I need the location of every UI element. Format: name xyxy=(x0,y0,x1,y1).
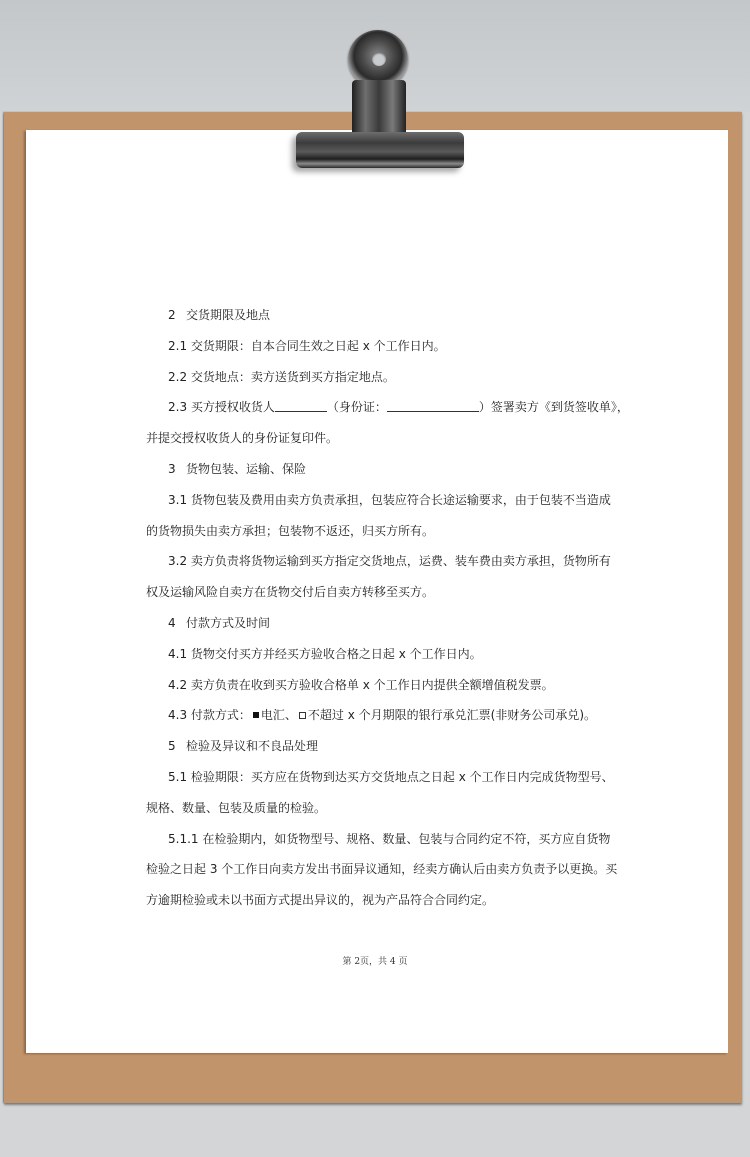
clause-3-2-cont: 权及运输风险自卖方在货物交付后自卖方转移至买方。 xyxy=(146,577,608,608)
clause-3-2: 3.2 卖方负责将货物运输到买方指定交货地点，运费、装车费由卖方承担，货物所有 xyxy=(146,546,608,577)
clip-hole xyxy=(372,52,386,66)
clause-text: （身份证： xyxy=(327,400,387,414)
clause-5-1: 5.1 检验期限：买方应在货物到达买方交货地点之日起 x 个工作日内完成货物型号… xyxy=(146,762,608,793)
clause-5-1-1-cont-2: 方逾期检验或未以书面方式提出异议的，视为产品符合合同约定。 xyxy=(146,885,608,916)
checkbox-checked-icon[interactable] xyxy=(253,712,259,718)
recipient-name-blank[interactable] xyxy=(275,399,327,412)
section-number: 2 xyxy=(168,300,186,331)
clause-4-3: 4.3 付款方式：电汇、不超过 x 个月期限的银行承兑汇票(非财务公司承兑)。 xyxy=(146,700,608,731)
section-heading-5: 5检验及异议和不良品处理 xyxy=(146,731,608,762)
binder-clip-icon xyxy=(296,24,464,170)
payment-option-draft: 不超过 x 个月期限的银行承兑汇票(非财务公司承兑)。 xyxy=(308,708,596,722)
clause-2-3: 2.3 买方授权收货人（身份证：）签署卖方《到货签收单》， xyxy=(146,392,608,423)
section-title: 检验及异议和不良品处理 xyxy=(186,739,318,753)
document-body: 2交货期限及地点 2.1 交货期限：自本合同生效之日起 x 个工作日内。 2.2… xyxy=(146,300,608,916)
section-number: 3 xyxy=(168,454,186,485)
clause-4-2: 4.2 卖方负责在收到买方验收合格单 x 个工作日内提供全额增值税发票。 xyxy=(146,670,608,701)
section-number: 5 xyxy=(168,731,186,762)
payment-option-wire: 电汇、 xyxy=(261,708,297,722)
section-title: 交货期限及地点 xyxy=(186,308,270,322)
clause-5-1-cont: 规格、数量、包装及质量的检验。 xyxy=(146,793,608,824)
checkbox-unchecked-icon[interactable] xyxy=(299,712,306,719)
clause-2-1: 2.1 交货期限：自本合同生效之日起 x 个工作日内。 xyxy=(146,331,608,362)
section-heading-3: 3货物包装、运输、保险 xyxy=(146,454,608,485)
clause-3-1: 3.1 货物包装及费用由卖方负责承担，包装应符合长途运输要求，由于包装不当造成 xyxy=(146,485,608,516)
clause-4-1: 4.1 货物交付买方并经买方验收合格之日起 x 个工作日内。 xyxy=(146,639,608,670)
clause-2-3-cont: 并提交授权收货人的身份证复印件。 xyxy=(146,423,608,454)
clause-3-1-cont: 的货物损失由卖方承担；包装物不返还，归买方所有。 xyxy=(146,516,608,547)
section-title: 付款方式及时间 xyxy=(186,616,270,630)
clause-5-1-1-cont: 检验之日起 3 个工作日向卖方发出书面异议通知，经卖方确认后由卖方负责予以更换。… xyxy=(146,854,608,885)
section-heading-2: 2交货期限及地点 xyxy=(146,300,608,331)
clause-text: 4.3 付款方式： xyxy=(168,708,251,722)
clause-text: 2.3 买方授权收货人 xyxy=(168,400,275,414)
section-heading-4: 4付款方式及时间 xyxy=(146,608,608,639)
clause-2-2: 2.2 交货地点：卖方送货到买方指定地点。 xyxy=(146,362,608,393)
clause-text: ）签署卖方《到货签收单》， xyxy=(479,400,629,414)
id-number-blank[interactable] xyxy=(387,399,479,412)
clip-bar xyxy=(296,132,464,168)
section-number: 4 xyxy=(168,608,186,639)
section-title: 货物包装、运输、保险 xyxy=(186,462,306,476)
page-number-footer: 第 2页，共 4 页 xyxy=(300,954,450,967)
clause-5-1-1: 5.1.1 在检验期内，如货物型号、规格、数量、包装与合同约定不符，买方应自货物 xyxy=(146,824,608,855)
clip-neck xyxy=(352,80,406,140)
